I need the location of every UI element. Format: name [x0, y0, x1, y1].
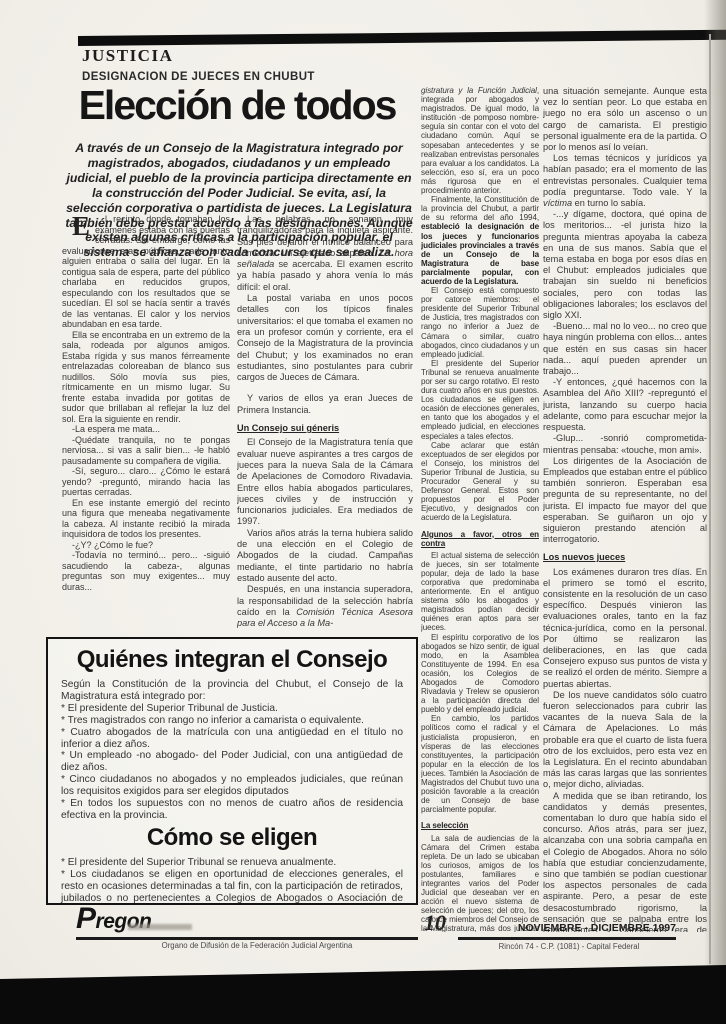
subheading: Los nuevos jueces [543, 552, 707, 563]
paragraph: En cambio, los partidos políticos como e… [421, 714, 539, 814]
subheading: La selección [421, 821, 539, 830]
right-edge-shadow [704, 0, 726, 970]
paragraph: Varios años atrás la terna hubiera salid… [237, 528, 413, 584]
bottom-scan-band [0, 962, 726, 1024]
paragraph: -...y dígame, doctora, qué opina de los … [543, 209, 707, 321]
article-column-2: Las palabras no sonaron muy tranquilizad… [237, 214, 413, 634]
footer-organ-text: Organo de Difusión de la Federación Judi… [96, 941, 418, 950]
box-title-how: Cómo se eligen [61, 824, 403, 852]
paragraph: * El presidente del Superior Tribunal se… [61, 857, 403, 869]
right-edge-line [709, 34, 711, 964]
subheading: Un Consejo sui géneris [237, 423, 413, 434]
paragraph: -Y entonces, ¿qué hacemos con la Asamble… [543, 377, 707, 433]
footer-address: Rincón 74 - C.P. (1081) - Capital Federa… [462, 942, 676, 951]
paragraph: Cabe aclarar que están exceptuados de se… [421, 441, 539, 523]
box-body-who: Según la Constitución de la provincia de… [61, 679, 403, 822]
paragraph: El Consejo está compuesto por catorce mi… [421, 286, 539, 359]
paragraph: De los nueve candidatos sólo cuatro fuer… [543, 690, 707, 791]
subheading: Algunos a favor, otros en contra [421, 530, 539, 548]
paragraph: Y varios de ellos ya eran Jueces de Prim… [237, 393, 413, 416]
top-scan-bar [78, 30, 726, 46]
paragraph: -Glup... -sonrió comprometida- mientras … [543, 433, 707, 455]
paragraph: Después, en una instancia superadora, la… [237, 584, 413, 629]
paragraph: * El presidente del Superior Tribunal de… [61, 703, 403, 715]
issue-date: NOVIEMBRE - DICIEMBRE 1997 [452, 922, 676, 934]
paragraph: -Bueno... mal no lo veo... no creo que h… [543, 321, 707, 377]
paragraph: El recinto donde tomaban los exámenes es… [62, 214, 230, 330]
paragraph: -Todavía no terminó... pero... -siguió s… [62, 550, 230, 592]
paragraph: * Tres magistrados con rango no inferior… [61, 715, 403, 727]
pregon-logo: Pregon [76, 902, 151, 936]
scanned-newspaper-page: JUSTICIA DESIGNACION DE JUECES EN CHUBUT… [0, 0, 726, 1024]
paragraph: El espíritu corporativo de los abogados … [421, 633, 539, 715]
paragraph: La postal variaba en unos pocos detalles… [237, 293, 413, 383]
page-number: 10 [424, 910, 446, 936]
paragraph: Ella se encontraba en un extremo de la s… [62, 330, 230, 425]
article-column-1: El recinto donde tomaban los exámenes es… [62, 214, 230, 634]
paragraph: -La espera me mata... [62, 424, 230, 435]
paragraph: * En todos los supuestos con no menos de… [61, 798, 403, 822]
paragraph: -¿Y? ¿Cómo le fue? [62, 540, 230, 551]
article-column-4: una situación semejante. Aunque esta vez… [543, 86, 707, 932]
paragraph: El presidente del Superior Tribunal se r… [421, 359, 539, 441]
paragraph: El Consejo de la Magistratura tenía que … [237, 437, 413, 527]
drop-cap: E [62, 214, 95, 237]
footer-rule-left [76, 937, 418, 940]
box-body-how: * El presidente del Superior Tribunal se… [61, 857, 403, 905]
paragraph: Los temas técnicos y jurídicos ya habían… [543, 153, 707, 209]
paragraph: Según la Constitución de la provincia de… [61, 679, 403, 703]
paragraph: Los exámenes duraron tres días. En el pr… [543, 567, 707, 690]
box-title-who: Quiénes integran el Consejo [61, 646, 403, 674]
paragraph: Los dirigentes de la Asociación de Emple… [543, 456, 707, 546]
logo-smudge [128, 924, 192, 930]
paragraph: * Un empleado -no abogado- del Poder Jud… [61, 750, 403, 774]
paragraph: Las palabras no sonaron muy tranquilizad… [237, 214, 413, 293]
council-info-box: Quiénes integran el Consejo Según la Con… [46, 637, 418, 905]
paragraph: -Quédate tranquila, no te pongas nervios… [62, 435, 230, 467]
article-column-3: gistratura y la Función Judicial, integr… [421, 86, 539, 932]
paragraph: gistratura y la Función Judicial, integr… [421, 86, 539, 195]
section-label: JUSTICIA [82, 46, 173, 66]
paragraph: * Cinco ciudadanos no abogados y no empl… [61, 774, 403, 798]
paragraph: * Cuatro abogados de la matrícula con un… [61, 727, 403, 751]
paragraph: Finalmente, la Constitución de la provin… [421, 195, 539, 286]
paragraph: A medida que se iban retirando, los cand… [543, 791, 707, 932]
paragraph: -Sí, seguro... claro... ¿Cómo le estará … [62, 466, 230, 498]
footer-rule-right [458, 937, 676, 940]
paragraph: El actual sistema de selección de jueces… [421, 551, 539, 633]
headline: Elección de todos [58, 82, 416, 129]
paragraph: una situación semejante. Aunque esta vez… [543, 86, 707, 153]
paragraph: En ese instante emergió del recinto una … [62, 498, 230, 540]
paragraph: * Los ciudadanos se eligen en oportunida… [61, 869, 403, 905]
